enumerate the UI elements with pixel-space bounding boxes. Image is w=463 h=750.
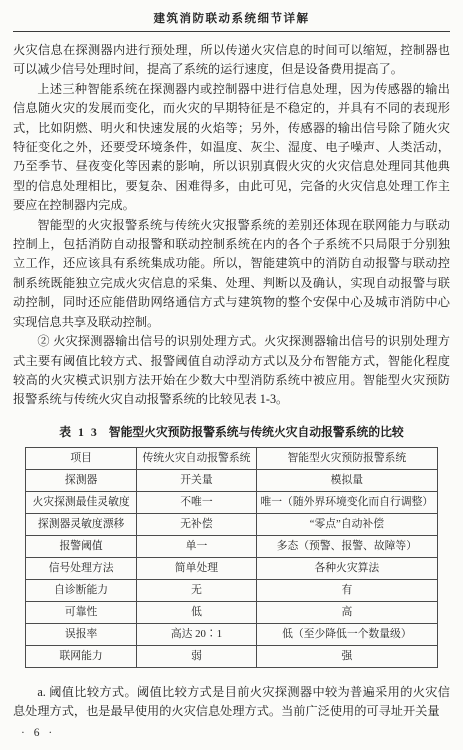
table-row: 误报率 高达 20∶1 低（至少降低一个数量级） (26, 623, 438, 645)
table-row: 探测器灵敏度漂移 无补偿 “零点”自动补偿 (26, 513, 438, 535)
table-row: 报警阈值 单一 多态（预警、报警、故障等） (26, 535, 438, 557)
table-header-row: 项目 传统火灾自动报警系统 智能型火灾预防报警系统 (26, 447, 438, 469)
after-table-text-block: a. 阈值比较方式。阈值比较方式是目前火灾探测器中较为普遍采用的火灾信息处理方式… (13, 683, 450, 722)
table-cell: 低（至少降低一个数量级） (256, 623, 437, 645)
table-row: 自诊断能力 无 有 (26, 579, 438, 601)
table-cell: 低 (137, 601, 256, 623)
table-cell: 探测器灵敏度漂移 (26, 513, 137, 535)
table-cell: 模拟量 (256, 469, 437, 491)
table-row: 探测器 开关量 模拟量 (26, 469, 438, 491)
running-head-title: 建筑消防联动系统细节详解 (13, 10, 450, 31)
table-row: 火灾探测最佳灵敏度 不唯一 唯一（随外界环境变化而自行调整） (26, 491, 438, 513)
table-cell: 无 (137, 579, 256, 601)
table-caption-title: 智能型火灾预防报警系统与传统火灾自动报警系统的比较 (109, 425, 404, 439)
table-cell: 弱 (137, 645, 256, 667)
table-cell: 有 (256, 579, 437, 601)
table-cell: 火灾探测最佳灵敏度 (26, 491, 137, 513)
paragraph: 火灾信息在探测器内进行预处理，所以传递火灾信息的时间可以缩短，控制器也可以减少信… (13, 41, 450, 80)
table-caption-number: 表 1 3 (59, 425, 99, 439)
comparison-table: 项目 传统火灾自动报警系统 智能型火灾预防报警系统 探测器 开关量 模拟量 火灾… (25, 447, 438, 668)
table-cell: 不唯一 (137, 491, 256, 513)
table-cell: 联网能力 (26, 645, 137, 667)
table-caption: 表 1 3智能型火灾预防报警系统与传统火灾自动报警系统的比较 (13, 423, 450, 440)
table-cell: 高达 20∶1 (137, 623, 256, 645)
table-cell: “零点”自动补偿 (256, 513, 437, 535)
table-cell: 各种火灾算法 (256, 557, 437, 579)
table-cell: 多态（预警、报警、故障等） (256, 535, 437, 557)
table-cell: 高 (256, 601, 437, 623)
table-header-cell: 传统火灾自动报警系统 (137, 447, 256, 469)
paragraph: a. 阈值比较方式。阈值比较方式是目前火灾探测器中较为普遍采用的火灾信息处理方式… (13, 683, 450, 722)
table-row: 可靠性 低 高 (26, 601, 438, 623)
paragraph: ② 火灾探测器输出信号的识别处理方式。火灾探测器输出信号的识别处理方式主要有阈值… (13, 332, 450, 410)
table-cell: 信号处理方法 (26, 557, 137, 579)
table-row: 联网能力 弱 强 (26, 645, 438, 667)
table-cell: 无补偿 (137, 513, 256, 535)
table-cell: 误报率 (26, 623, 137, 645)
table-cell: 报警阈值 (26, 535, 137, 557)
paragraph: 智能型的火灾报警系统与传统火灾报警系统的差别还体现在联网能力与联动控制上，包括消… (13, 216, 450, 332)
page-number: · 6 · (21, 727, 55, 739)
table-cell: 简单处理 (137, 557, 256, 579)
body-text-block: 火灾信息在探测器内进行预处理，所以传递火灾信息的时间可以缩短，控制器也可以减少信… (13, 41, 450, 410)
table-cell: 强 (256, 645, 437, 667)
book-page: 建筑消防联动系统细节详解 火灾信息在探测器内进行预处理，所以传递火灾信息的时间可… (0, 0, 463, 722)
table-header-cell: 项目 (26, 447, 137, 469)
table-cell: 单一 (137, 535, 256, 557)
table-cell: 可靠性 (26, 601, 137, 623)
paragraph: 上述三种智能系统在探测器内或控制器中进行信息处理，因为传感器的输出信息随火灾的发… (13, 80, 450, 216)
table-cell: 探测器 (26, 469, 137, 491)
table-cell: 开关量 (137, 469, 256, 491)
table-cell: 自诊断能力 (26, 579, 137, 601)
table-header-cell: 智能型火灾预防报警系统 (256, 447, 437, 469)
table-cell: 唯一（随外界环境变化而自行调整） (256, 491, 437, 513)
header-divider (13, 31, 450, 32)
table-row: 信号处理方法 简单处理 各种火灾算法 (26, 557, 438, 579)
